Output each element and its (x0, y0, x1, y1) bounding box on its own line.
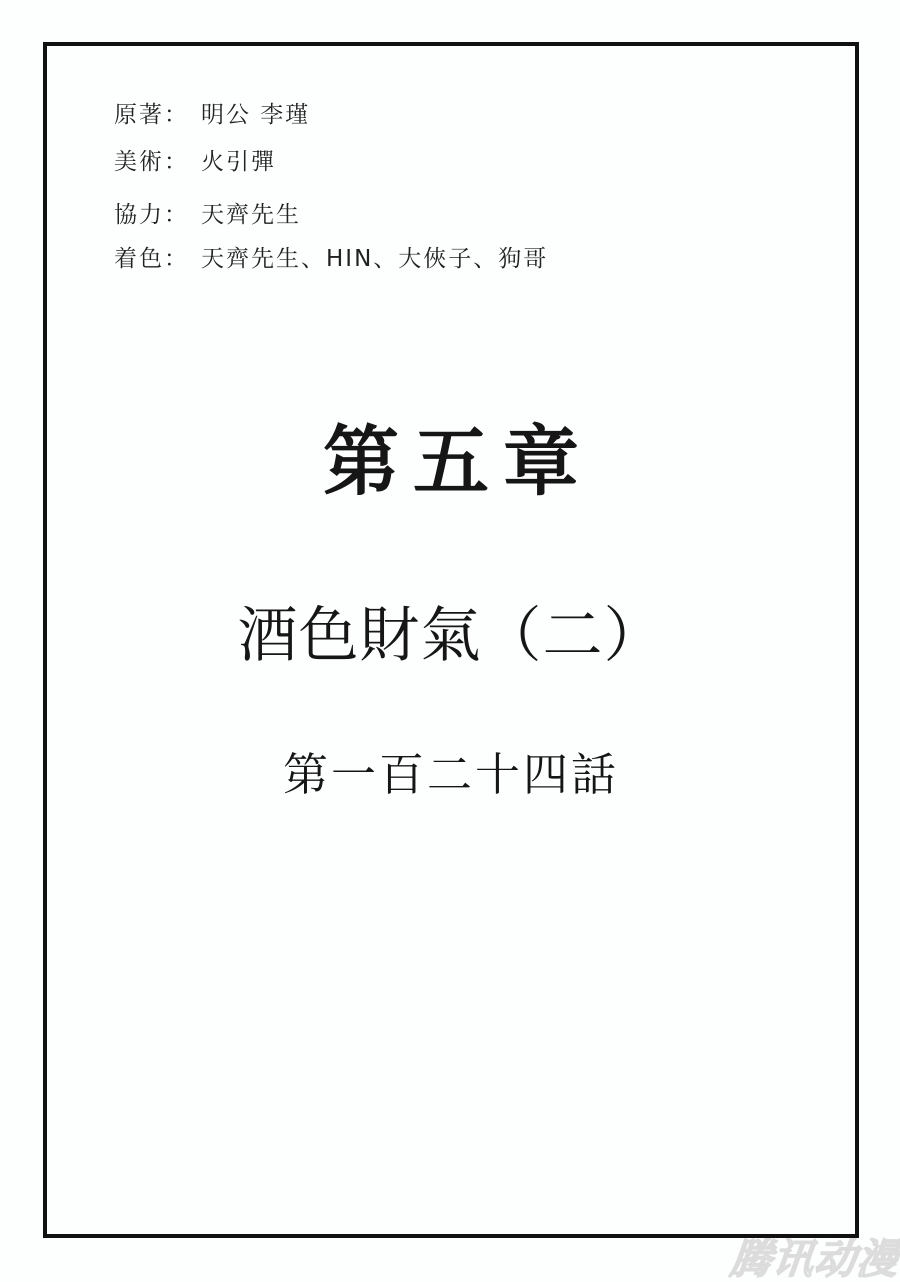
credit-label: 協力： (114, 202, 189, 228)
episode-number: 第一百二十四話 (43, 752, 859, 797)
credits-block: 原著： 明公 李瑾 美術： 火引彈 協力： 天齊先生 着色： 天齊先生、HIN、… (114, 102, 548, 272)
credit-value: 明公 李瑾 (201, 102, 310, 128)
credit-value: 火引彈 (201, 149, 276, 175)
credit-line-original-author: 原著： 明公 李瑾 (114, 102, 548, 128)
credit-label: 着色： (114, 246, 189, 272)
chapter-subtitle: 酒色財氣（二） (43, 606, 859, 666)
credit-label: 原著： (114, 102, 189, 128)
chapter-title: 第五章 (43, 424, 859, 500)
credit-line-art: 美術： 火引彈 (114, 149, 548, 175)
credit-line-assistance: 協力： 天齊先生 (114, 202, 548, 228)
credit-label: 美術： (114, 149, 189, 175)
tencent-comics-watermark: 腾讯动漫 (728, 1226, 900, 1282)
credit-value: 天齊先生、HIN、大俠子、狗哥 (201, 246, 548, 272)
comic-title-page: 原著： 明公 李瑾 美術： 火引彈 協力： 天齊先生 着色： 天齊先生、HIN、… (0, 0, 900, 1282)
credit-line-coloring: 着色： 天齊先生、HIN、大俠子、狗哥 (114, 246, 548, 272)
credit-value: 天齊先生 (201, 202, 301, 228)
